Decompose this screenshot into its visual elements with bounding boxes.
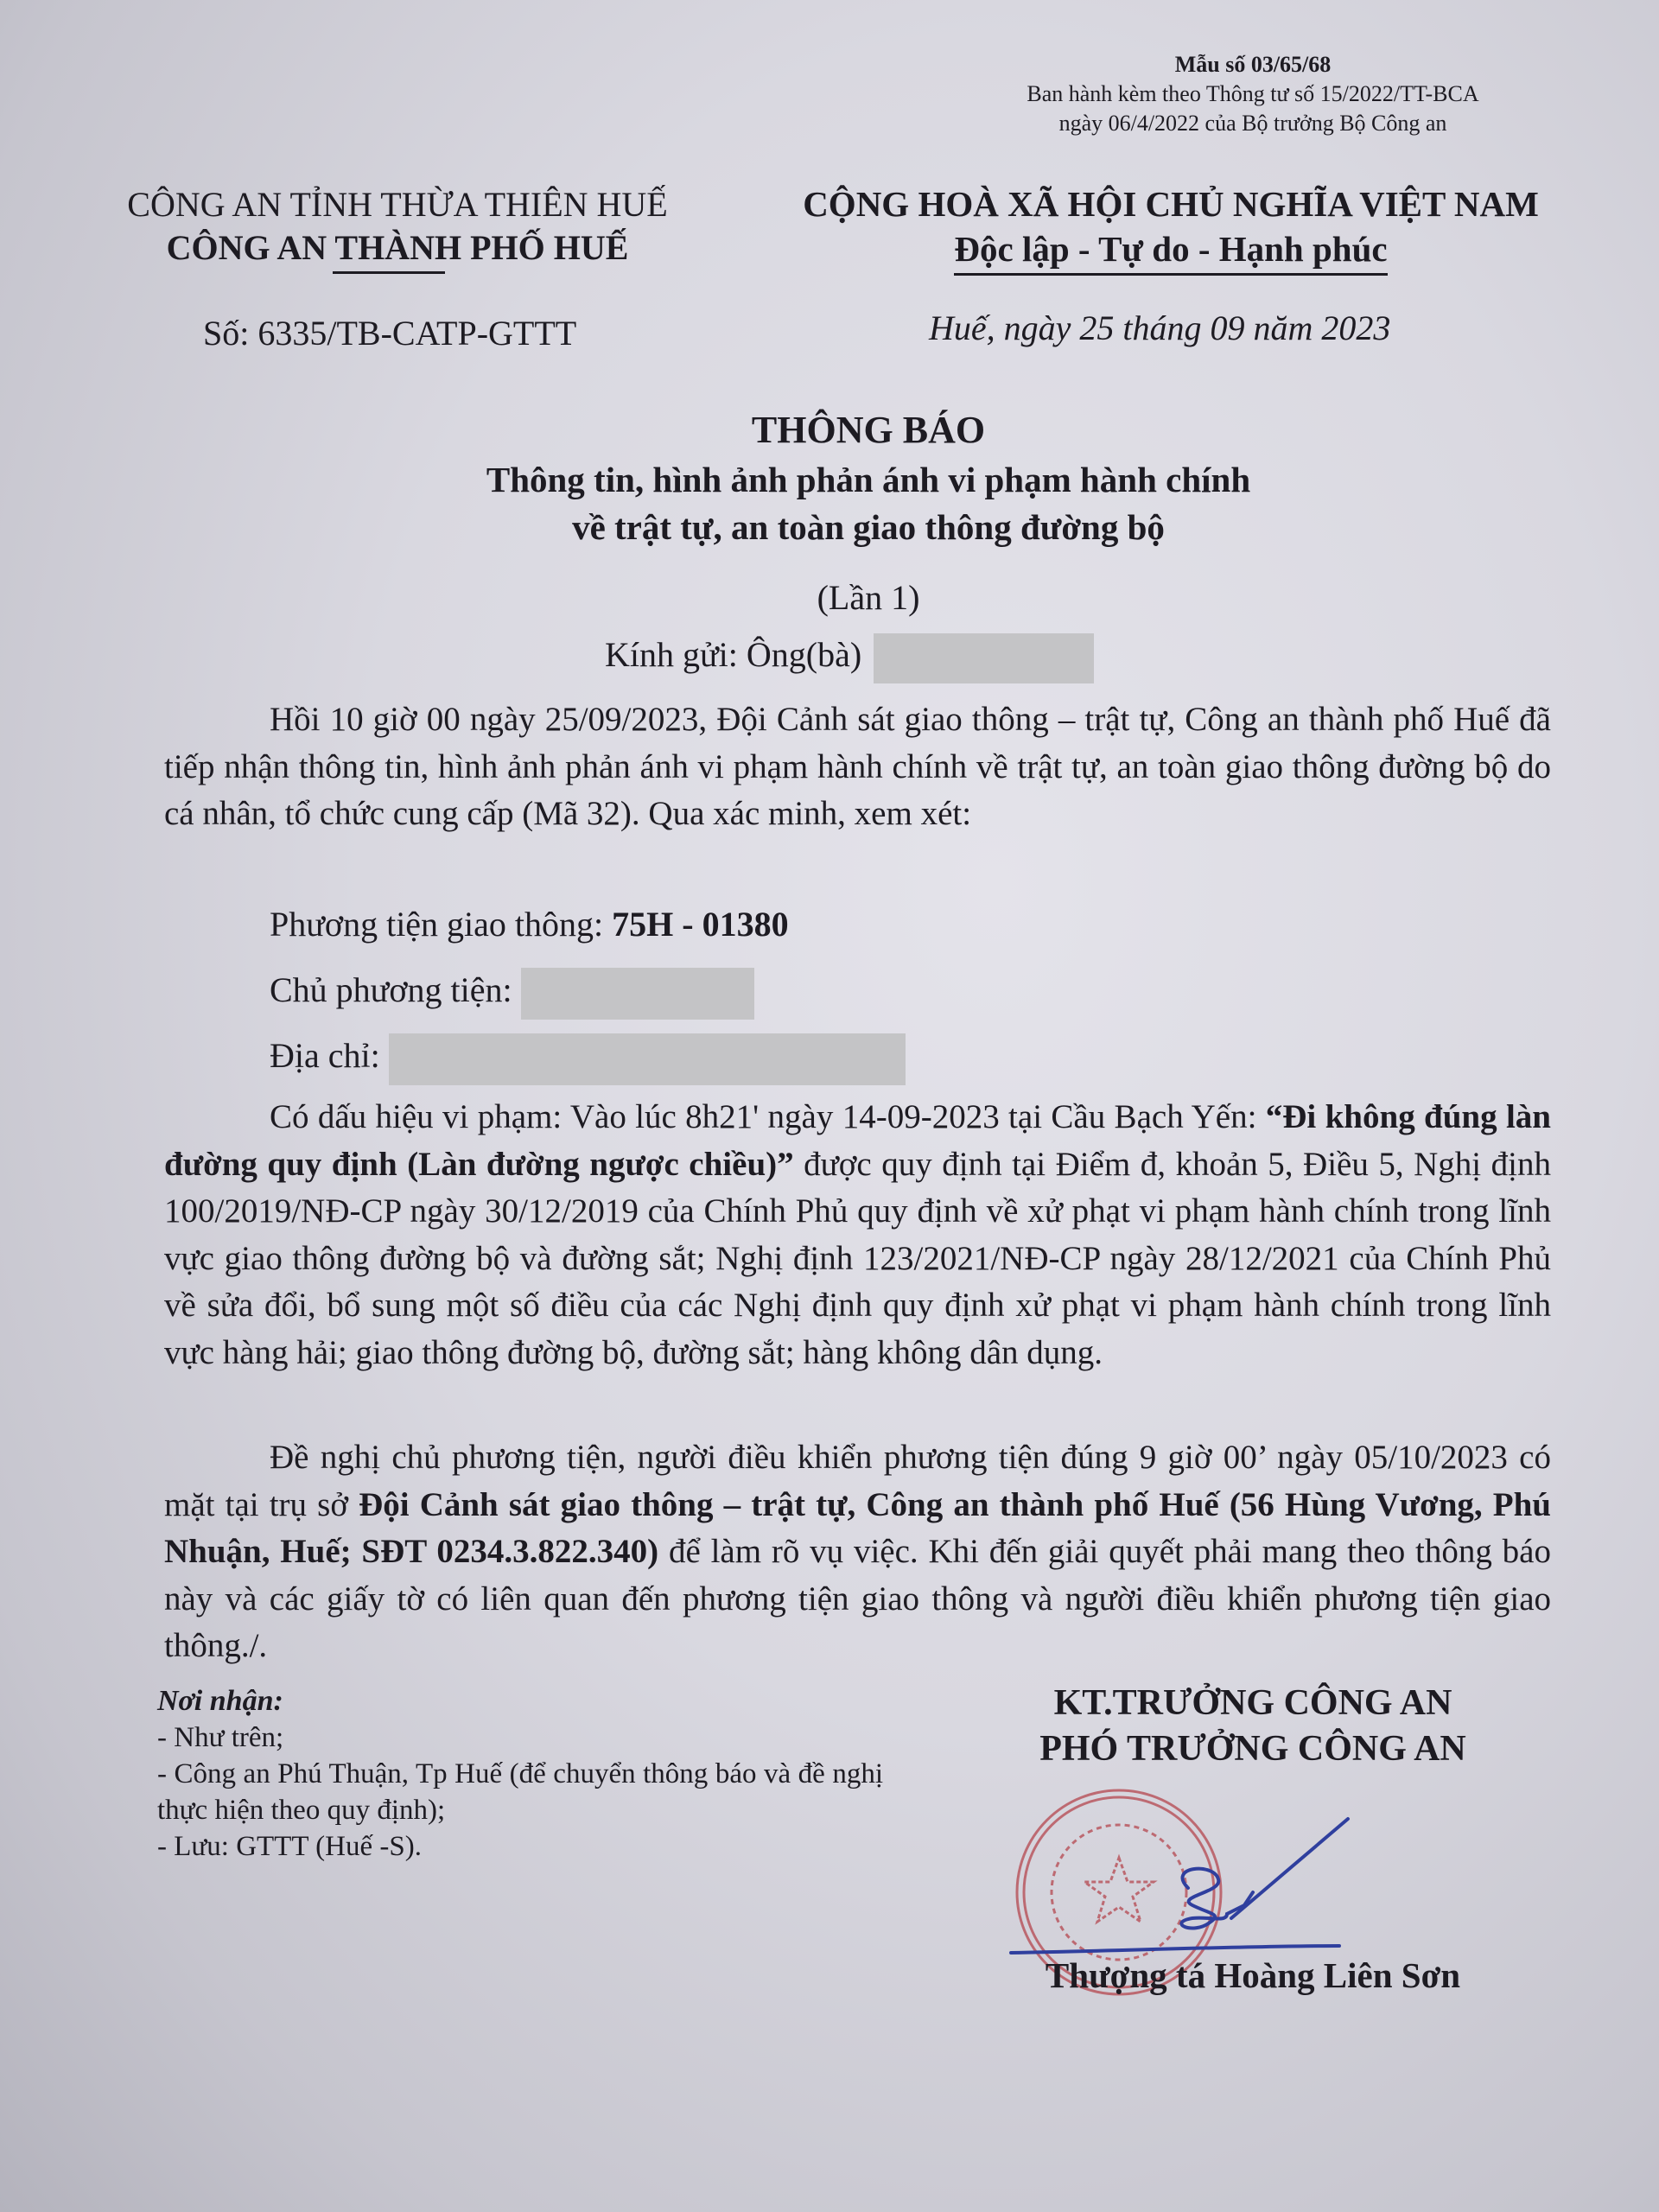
form-code: Mẫu số 03/65/68 [994, 50, 1512, 79]
recipient-line: Kính gửi: Ông(bà) [605, 633, 1094, 683]
agency-parent: CÔNG AN TỈNH THỪA THIÊN HUẾ [95, 183, 700, 226]
owner-label: Chủ phương tiện: [270, 970, 521, 1009]
document-title: THÔNG BÁO Thông tin, hình ảnh phản ánh v… [259, 404, 1478, 551]
intro-paragraph: Hồi 10 giờ 00 ngày 25/09/2023, Đội Cảnh … [164, 696, 1551, 838]
place-date: Huế, ngày 25 tháng 09 năm 2023 [929, 308, 1390, 348]
redacted-address [389, 1033, 906, 1085]
document-number: Số: 6335/TB-CATP-GTTT [203, 313, 576, 353]
vehicle-owner-line: Chủ phương tiện: [270, 968, 754, 1020]
national-header: CỘNG HOÀ XÃ HỘI CHỦ NGHĨA VIỆT NAM Độc l… [760, 181, 1581, 276]
title-subtitle-2: về trật tự, an toàn giao thông đường bộ [259, 504, 1478, 551]
form-issued-with: Ban hành kèm theo Thông tư số 15/2022/TT… [994, 79, 1512, 109]
signer-position: PHÓ TRƯỞNG CÔNG AN [994, 1726, 1512, 1772]
title-heading: THÔNG BÁO [259, 404, 1478, 456]
agency-underline [333, 271, 445, 274]
recipients-list: Nơi nhận: - Như trên; - Công an Phú Thuậ… [157, 1683, 883, 1865]
issuing-agency: CÔNG AN TỈNH THỪA THIÊN HUẾ CÔNG AN THÀN… [95, 183, 700, 274]
signer-name: Thượng tá Hoàng Liên Sơn [994, 1955, 1512, 1996]
agency-name: CÔNG AN THÀNH PHỐ HUẾ [95, 226, 700, 270]
national-motto: Độc lập - Tự do - Hạnh phúc [954, 226, 1387, 276]
plate-label: Phương tiện giao thông: [270, 905, 612, 944]
form-issued-date: ngày 06/4/2022 của Bộ trưởng Bộ Công an [994, 109, 1512, 138]
violation-paragraph: Có dấu hiệu vi phạm: Vào lúc 8h21' ngày … [164, 1094, 1551, 1376]
request-paragraph: Đề nghị chủ phương tiện, người điều khiể… [164, 1434, 1551, 1670]
recipient-item: - Như trên; [157, 1719, 883, 1756]
violation-prefix: Có dấu hiệu vi phạm: Vào lúc 8h21' ngày … [270, 1098, 1266, 1135]
signer-authority: KT.TRƯỞNG CÔNG AN [994, 1681, 1512, 1726]
address-label: Địa chỉ: [270, 1036, 389, 1075]
attempt-number: (Lần 1) [259, 577, 1478, 618]
redacted-owner-name [521, 968, 754, 1020]
recipient-item: - Công an Phú Thuận, Tp Huế (để chuyển t… [157, 1756, 883, 1828]
recipients-heading: Nơi nhận: [157, 1683, 883, 1719]
signature-block: KT.TRƯỞNG CÔNG AN PHÓ TRƯỞNG CÔNG AN [994, 1681, 1512, 1772]
signature-icon [1011, 1819, 1348, 1953]
recipient-label: Kính gửi: Ông(bà) [605, 635, 870, 674]
recipient-item: - Lưu: GTTT (Huế -S). [157, 1828, 883, 1865]
title-subtitle-1: Thông tin, hình ảnh phản ánh vi phạm hàn… [259, 456, 1478, 504]
nation-name: CỘNG HOÀ XÃ HỘI CHỦ NGHĨA VIỆT NAM [760, 181, 1581, 226]
vehicle-plate-line: Phương tiện giao thông: 75H - 01380 [270, 904, 789, 944]
plate-number: 75H - 01380 [612, 905, 788, 944]
form-reference: Mẫu số 03/65/68 Ban hành kèm theo Thông … [994, 50, 1512, 138]
vehicle-address-line: Địa chỉ: [270, 1033, 906, 1085]
redacted-recipient-name [874, 633, 1094, 683]
